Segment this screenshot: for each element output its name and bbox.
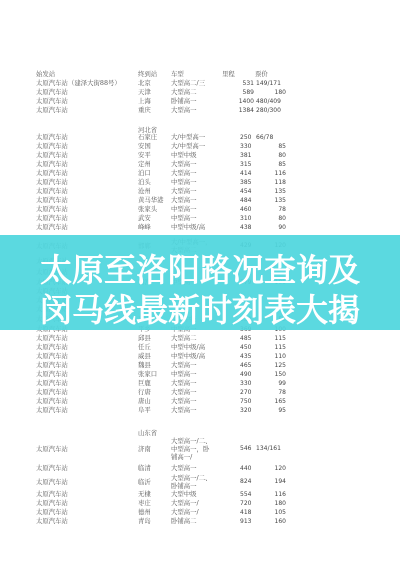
cell-destination: 峰峰: [138, 223, 151, 232]
cell-origin: 太原汽车站: [36, 352, 68, 361]
table-row: 太原汽车站 重庆 大型高一 1384 280/300: [0, 106, 400, 115]
table-row: 太原汽车站无棣大型中级554116: [0, 490, 400, 499]
cell-price: 85: [256, 160, 286, 169]
cell-bus-type: 大型高二: [171, 334, 197, 343]
cell-destination: 阜平: [138, 406, 151, 415]
cell-distance: 1384: [220, 106, 254, 115]
cell-bus-type: 中型高一: [171, 178, 197, 187]
table-row: 太原汽车站泊口大型高一414116: [0, 169, 400, 178]
cell-destination: 临清: [138, 464, 151, 473]
cell-bus-type: 大/中型高一: [171, 133, 205, 142]
cell-bus-type: 卧铺高二: [171, 517, 197, 526]
header-destination: 终到站: [138, 70, 157, 79]
province-heading: 山东省: [138, 428, 157, 437]
table-row: 太原汽车站枣庄大型高一/720180: [0, 499, 400, 508]
table-row: 太原汽车站黄马华港大型高一484135: [0, 196, 400, 205]
cell-origin: 太原汽车站: [36, 142, 68, 151]
cell-origin: 太原汽车站: [36, 133, 68, 142]
cell-destination: 北京: [138, 79, 151, 88]
cell-bus-type: 大型高一: [171, 379, 197, 388]
cell-price: 78: [256, 388, 286, 397]
cell-origin: 太原汽车站: [36, 205, 68, 214]
cell-price: 118: [256, 178, 286, 187]
cell-origin: 太原汽车站: [36, 343, 68, 352]
cell-bus-type: 大型高二/三: [171, 79, 205, 88]
table-row: 太原汽车站巨鹿大型高一33099: [0, 379, 400, 388]
cell-origin: 太原汽车站: [36, 361, 68, 370]
cell-destination: 沧州: [138, 187, 151, 196]
cell-origin: 太原汽车站（建泽大街88号）: [36, 79, 121, 88]
cell-origin: 太原汽车站: [36, 490, 68, 499]
cell-destination: 威县: [138, 352, 151, 361]
cell-bus-type: 卧铺高一: [171, 97, 197, 106]
table-header: 始发站 终到站 车型 里程 票价: [0, 70, 400, 79]
cell-price: 180: [256, 499, 286, 508]
cell-bus-type: 大型高一: [171, 388, 197, 397]
table-row: 太原汽车站青岛卧铺高二913160: [0, 517, 400, 526]
cell-destination: 定州: [138, 160, 151, 169]
cell-destination: 泊口: [138, 169, 151, 178]
cell-price: 480/409: [256, 97, 286, 106]
cell-origin: 太原汽车站: [36, 445, 68, 453]
cell-bus-type: 大型高一/: [171, 508, 199, 517]
cell-price: 150: [256, 370, 286, 379]
table-row: 太原汽车站威县中型中级/高435110: [0, 352, 400, 361]
cell-origin: 太原汽车站: [36, 187, 68, 196]
cell-origin: 太原汽车站: [36, 88, 68, 97]
cell-bus-type: 大型高一: [171, 169, 197, 178]
cell-bus-type: 大型高一/: [171, 499, 199, 508]
table-row: 太原汽车站德州大型高一/418105: [0, 508, 400, 517]
table-row: 太原汽车站（建泽大街88号） 北京 大型高二/三 531 149/171: [0, 79, 400, 88]
cell-bus-type: 大型高一: [171, 106, 197, 115]
cell-price: 180: [256, 88, 286, 97]
table-row: 太原汽车站临沂大型高一/二、卧铺高一824194: [0, 474, 400, 490]
cell-price: 78: [256, 205, 286, 214]
cell-bus-type: 中型中级/高: [171, 352, 205, 361]
title-banner: 太原至洛阳路况查询及 闵马线最新时刻表大揭: [0, 235, 400, 330]
cell-bus-type: 大型高一: [171, 361, 197, 370]
cell-distance: 1400: [220, 97, 254, 106]
banner-title-line-2: 闵马线最新时刻表大揭: [0, 285, 400, 331]
cell-destination: 德州: [138, 508, 151, 517]
cell-origin: 太原汽车站: [36, 223, 68, 232]
cell-origin: 太原汽车站: [36, 478, 68, 486]
cell-price: 95: [256, 406, 286, 415]
cell-price: 194: [256, 478, 286, 486]
cell-destination: 青岛: [138, 517, 151, 526]
cell-price: 135: [256, 187, 286, 196]
table-row: 太原汽车站济南大型高一/二、中型高一，卧铺高一/546134/161: [0, 437, 400, 461]
cell-price: 280/300: [256, 106, 286, 115]
header-distance: 里程: [222, 70, 235, 79]
cell-price: 134/161: [256, 445, 286, 453]
cell-bus-type: 大型高二: [171, 88, 197, 97]
cell-bus-type: 中型中级: [171, 151, 197, 160]
cell-price: 120: [256, 464, 286, 473]
cell-destination: 泊头: [138, 178, 151, 187]
cell-destination: 安国: [138, 142, 151, 151]
cell-price: 160: [256, 517, 286, 526]
table-row: 太原汽车站邱县大型高二485115: [0, 334, 400, 343]
table-row: 太原汽车站 上海 卧铺高一 1400 480/409: [0, 97, 400, 106]
cell-destination: 任丘: [138, 343, 151, 352]
cell-destination: 行唐: [138, 388, 151, 397]
cell-destination: 魏县: [138, 361, 151, 370]
cell-bus-type: 中型中级/高: [171, 343, 205, 352]
cell-origin: 太原汽车站: [36, 334, 68, 343]
cell-price: 116: [256, 169, 286, 178]
cell-origin: 太原汽车站: [36, 151, 68, 160]
cell-origin: 太原汽车站: [36, 397, 68, 406]
table-row: 太原汽车站武安中型高一31080: [0, 214, 400, 223]
cell-bus-type: 大/中型高一: [171, 142, 205, 151]
table-row: 太原汽车站峰峰中型中级/高43890: [0, 223, 400, 232]
cell-price: 90: [256, 223, 286, 232]
cell-price: 165: [256, 397, 286, 406]
cell-bus-type: 大型高一/二、卧铺高一: [171, 474, 215, 490]
cell-origin: 太原汽车站: [36, 370, 68, 379]
table-row: 太原汽车站石家庄大/中型高一25066/78: [0, 133, 400, 142]
cell-destination: 安平: [138, 151, 151, 160]
cell-destination: 石家庄: [138, 133, 157, 142]
cell-origin: 太原汽车站: [36, 106, 68, 115]
table-row: 太原汽车站泊头中型高一385118: [0, 178, 400, 187]
cell-price: 80: [256, 151, 286, 160]
cell-price: 149/171: [256, 79, 286, 88]
table-row: 太原汽车站 天津 大型高二 589 180: [0, 88, 400, 97]
cell-bus-type: 中型中级/高: [171, 223, 205, 232]
cell-destination: 武安: [138, 214, 151, 223]
cell-origin: 太原汽车站: [36, 178, 68, 187]
cell-bus-type: 大型高一/二、中型高一，卧铺高一/: [171, 437, 215, 461]
cell-origin: 太原汽车站: [36, 97, 68, 106]
cell-bus-type: 中型高一: [171, 214, 197, 223]
table-row: 太原汽车站安平中型中级38180: [0, 151, 400, 160]
table-row: 太原汽车站魏县大型高一465125: [0, 361, 400, 370]
header-price: 票价: [255, 70, 285, 79]
cell-destination: 张家口: [138, 370, 157, 379]
cell-distance: 531: [220, 79, 254, 88]
cell-origin: 太原汽车站: [36, 169, 68, 178]
cell-price: 85: [256, 142, 286, 151]
table-row: 太原汽车站张家头中型高一46078: [0, 205, 400, 214]
cell-distance: 589: [220, 88, 254, 97]
cell-destination: 重庆: [138, 106, 151, 115]
cell-price: 105: [256, 508, 286, 517]
cell-origin: 太原汽车站: [36, 196, 68, 205]
header-bus-type: 车型: [171, 70, 184, 79]
table-row: 太原汽车站张家口中型高一490150: [0, 370, 400, 379]
cell-price: 80: [256, 214, 286, 223]
cell-destination: 巨鹿: [138, 379, 151, 388]
cell-origin: 太原汽车站: [36, 464, 68, 473]
table-row: 太原汽车站安国大/中型高一33085: [0, 142, 400, 151]
cell-destination: 邱县: [138, 334, 151, 343]
cell-bus-type: 中型高一: [171, 370, 197, 379]
cell-price: 110: [256, 352, 286, 361]
header-origin: 始发站: [36, 70, 55, 79]
table-row: 太原汽车站行唐大型高一27078: [0, 388, 400, 397]
cell-price: 116: [256, 490, 286, 499]
cell-destination: 张家头: [138, 205, 157, 214]
cell-bus-type: 大型高一: [171, 196, 197, 205]
cell-destination: 上海: [138, 97, 151, 106]
cell-bus-type: 大型高一: [171, 160, 197, 169]
cell-bus-type: 大型高一: [171, 464, 197, 473]
cell-destination: 天津: [138, 88, 151, 97]
cell-origin: 太原汽车站: [36, 517, 68, 526]
cell-bus-type: 大型中级: [171, 490, 197, 499]
table-row: 太原汽车站临清大型高一440120: [0, 464, 400, 473]
cell-bus-type: 大型高一: [171, 187, 197, 196]
table-row: 太原汽车站任丘中型中级/高450115: [0, 343, 400, 352]
cell-destination: 黄马华港: [138, 196, 164, 205]
cell-origin: 太原汽车站: [36, 499, 68, 508]
cell-price: 115: [256, 334, 286, 343]
table-row: 太原汽车站定州大型高一31585: [0, 160, 400, 169]
table-row: 太原汽车站沧州大型高一454135: [0, 187, 400, 196]
cell-destination: 唐山: [138, 397, 151, 406]
cell-bus-type: 大型高一: [171, 397, 197, 406]
cell-destination: 临沂: [138, 478, 151, 486]
cell-price: 66/78: [256, 133, 286, 142]
cell-price: 125: [256, 361, 286, 370]
cell-destination: 枣庄: [138, 499, 151, 508]
cell-destination: 无棣: [138, 490, 151, 499]
cell-price: 135: [256, 196, 286, 205]
cell-bus-type: 中型高一: [171, 205, 197, 214]
cell-bus-type: 大型高一: [171, 406, 197, 415]
table-row: 太原汽车站唐山大型高一750165: [0, 397, 400, 406]
cell-origin: 太原汽车站: [36, 508, 68, 517]
cell-origin: 太原汽车站: [36, 406, 68, 415]
cell-origin: 太原汽车站: [36, 379, 68, 388]
cell-origin: 太原汽车站: [36, 388, 68, 397]
table-row: 太原汽车站阜平大型高一32095: [0, 406, 400, 415]
cell-price: 99: [256, 379, 286, 388]
cell-origin: 太原汽车站: [36, 214, 68, 223]
cell-price: 115: [256, 343, 286, 352]
cell-destination: 济南: [138, 445, 151, 453]
cell-origin: 太原汽车站: [36, 160, 68, 169]
